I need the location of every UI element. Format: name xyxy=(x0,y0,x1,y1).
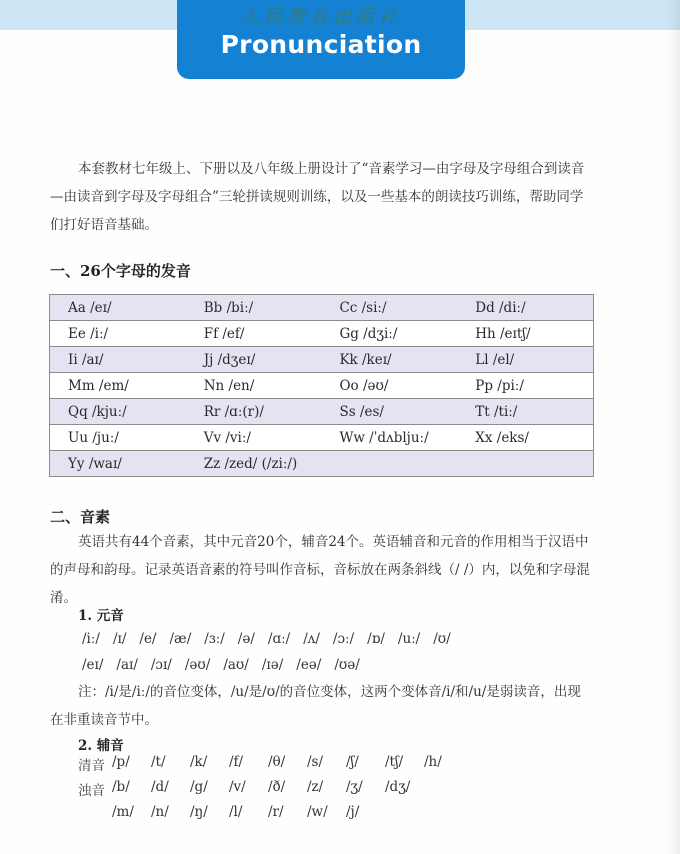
letter-cell: Bb /biː/ xyxy=(186,295,322,321)
phoneme-symbol: /k/ xyxy=(190,754,229,774)
letter-cell: Yy /waɪ/ xyxy=(50,451,186,477)
section-title-tab: 人民教育出版社 Pronunciation xyxy=(177,0,465,79)
phoneme-symbol: /ʌ/ xyxy=(303,631,320,647)
phoneme-symbol: /θ/ xyxy=(268,754,307,774)
phoneme-symbol: /aʊ/ xyxy=(223,657,249,673)
alphabet-table: Aa /eɪ/Bb /biː/Cc /siː/Dd /diː/Ee /iː/Ff… xyxy=(49,294,594,477)
phoneme-symbol: /əʊ/ xyxy=(185,657,210,673)
letter-cell xyxy=(321,451,457,477)
letter-cell: Ll /el/ xyxy=(457,347,593,373)
phoneme-symbol: /ʊ/ xyxy=(433,631,450,647)
table-row: Ii /aɪ/Jj /dʒeɪ/Kk /keɪ/Ll /el/ xyxy=(50,347,594,373)
phoneme-symbol: /dʒ/ xyxy=(385,779,424,799)
phoneme-symbol: /w/ xyxy=(307,804,346,820)
table-row: Qq /kjuː/Rr /ɑː(r)/Ss /es/Tt /tiː/ xyxy=(50,399,594,425)
vowel-note: 注：/i/是/iː/的音位变体，/u/是/ʊ/的音位变体，这两个变体音/i/和/… xyxy=(50,678,590,734)
letter-cell: Jj /dʒeɪ/ xyxy=(186,347,322,373)
phoneme-symbol: /ɔː/ xyxy=(333,631,354,647)
letter-cell: Mm /em/ xyxy=(50,373,186,399)
phoneme-symbol: /iː/ xyxy=(82,631,100,647)
phoneme-symbol: /æ/ xyxy=(169,631,191,647)
phoneme-symbol: /f/ xyxy=(229,754,268,774)
letter-cell: Pp /piː/ xyxy=(457,373,593,399)
letter-cell: Ff /ef/ xyxy=(186,321,322,347)
consonants-heading: 2. 辅音 xyxy=(78,734,124,754)
phoneme-symbol: /v/ xyxy=(229,779,268,799)
phoneme-symbol: /ʃ/ xyxy=(346,754,385,774)
letter-cell: Uu /juː/ xyxy=(50,425,186,451)
vowel-row-diphthongs: /eɪ//aɪ//ɔɪ//əʊ//aʊ//ɪə//eə//ʊə/ xyxy=(82,657,373,673)
phoneme-symbol: /uː/ xyxy=(398,631,420,647)
phoneme-symbol: /ŋ/ xyxy=(190,804,229,820)
publisher-logo: 人民教育出版社 xyxy=(177,2,465,29)
phoneme-symbol: /ɔɪ/ xyxy=(151,657,172,673)
page-edge-shadow xyxy=(666,0,680,854)
phoneme-symbol: /ɑː/ xyxy=(268,631,290,647)
other-label xyxy=(78,804,112,820)
letter-cell: Ss /es/ xyxy=(321,399,457,425)
phoneme-paragraph: 英语共有44个音素，其中元音20个，辅音24个。英语辅音和元音的作用相当于汉语中… xyxy=(50,528,590,612)
phoneme-symbol: /p/ xyxy=(112,754,151,774)
phoneme-symbol: /t/ xyxy=(151,754,190,774)
phoneme-symbol: /d/ xyxy=(151,779,190,799)
section-heading-phonemes: 二、音素 xyxy=(50,506,110,527)
letter-cell: Ww /ˈdʌbljuː/ xyxy=(321,425,457,451)
phoneme-symbol: /j/ xyxy=(346,804,385,820)
phoneme-symbol: /aɪ/ xyxy=(116,657,137,673)
table-row: Yy /waɪ/Zz /zed/ (/ziː/) xyxy=(50,451,594,477)
phoneme-symbol: /s/ xyxy=(307,754,346,774)
table-row: Mm /em/Nn /en/Oo /əʊ/Pp /piː/ xyxy=(50,373,594,399)
letter-cell: Ee /iː/ xyxy=(50,321,186,347)
phoneme-symbol: /l/ xyxy=(229,804,268,820)
phoneme-symbol: /tʃ/ xyxy=(385,754,424,774)
phoneme-symbol: /eə/ xyxy=(296,657,321,673)
letter-cell: Zz /zed/ (/ziː/) xyxy=(186,451,322,477)
phoneme-symbol: /ð/ xyxy=(268,779,307,799)
phoneme-symbol: /ɒ/ xyxy=(367,631,385,647)
letter-cell: Oo /əʊ/ xyxy=(321,373,457,399)
letter-cell xyxy=(457,451,593,477)
letter-cell: Gg /dʒiː/ xyxy=(321,321,457,347)
letter-cell: Kk /keɪ/ xyxy=(321,347,457,373)
table-row: Uu /juː/Vv /viː/Ww /ˈdʌbljuː/Xx /eks/ xyxy=(50,425,594,451)
phoneme-symbol: /b/ xyxy=(112,779,151,799)
consonant-row-other: /m//n//ŋ//l//r//w//j/ xyxy=(78,804,385,820)
voiced-label: 浊音 xyxy=(78,779,112,799)
phoneme-symbol: /z/ xyxy=(307,779,346,799)
intro-paragraph: 本套教材七年级上、下册以及八年级上册设计了“音素学习—由字母及字母组合到读音—由… xyxy=(50,155,590,239)
phoneme-symbol: /m/ xyxy=(112,804,151,820)
letter-cell: Cc /siː/ xyxy=(321,295,457,321)
letter-cell: Hh /eɪtʃ/ xyxy=(457,321,593,347)
letter-cell: Ii /aɪ/ xyxy=(50,347,186,373)
phoneme-symbol: /ʊə/ xyxy=(334,657,359,673)
vowel-row-monophthongs: /iː//ɪ//e//æ//ɜː//ə//ɑː//ʌ//ɔː//ɒ//uː//ʊ… xyxy=(82,631,464,647)
phoneme-symbol: /ʒ/ xyxy=(346,779,385,799)
phoneme-symbol: /g/ xyxy=(190,779,229,799)
letter-cell: Tt /tiː/ xyxy=(457,399,593,425)
phoneme-symbol: /ɜː/ xyxy=(204,631,225,647)
letter-cell: Dd /diː/ xyxy=(457,295,593,321)
vowels-heading: 1. 元音 xyxy=(78,604,124,624)
voiceless-label: 清音 xyxy=(78,754,112,774)
letter-cell: Nn /en/ xyxy=(186,373,322,399)
consonant-row-voiceless: 清音 /p//t//k//f//θ//s//ʃ//tʃ//h/ xyxy=(78,754,463,774)
phoneme-symbol: /h/ xyxy=(424,754,463,774)
phoneme-symbol: /ɪ/ xyxy=(113,631,126,647)
table-row: Ee /iː/Ff /ef/Gg /dʒiː/Hh /eɪtʃ/ xyxy=(50,321,594,347)
letter-cell: Vv /viː/ xyxy=(186,425,322,451)
letter-cell: Rr /ɑː(r)/ xyxy=(186,399,322,425)
phoneme-symbol: /e/ xyxy=(139,631,156,647)
table-row: Aa /eɪ/Bb /biː/Cc /siː/Dd /diː/ xyxy=(50,295,594,321)
consonant-row-voiced: 浊音 /b//d//g//v//ð//z//ʒ//dʒ/ xyxy=(78,779,424,799)
phoneme-symbol: /n/ xyxy=(151,804,190,820)
letter-cell: Qq /kjuː/ xyxy=(50,399,186,425)
page-title: Pronunciation xyxy=(177,30,465,59)
phoneme-symbol: /eɪ/ xyxy=(82,657,103,673)
section-heading-letters: 一、26个字母的发音 xyxy=(50,260,191,281)
phoneme-symbol: /r/ xyxy=(268,804,307,820)
letter-cell: Xx /eks/ xyxy=(457,425,593,451)
phoneme-symbol: /ə/ xyxy=(238,631,255,647)
letter-cell: Aa /eɪ/ xyxy=(50,295,186,321)
phoneme-symbol: /ɪə/ xyxy=(262,657,283,673)
